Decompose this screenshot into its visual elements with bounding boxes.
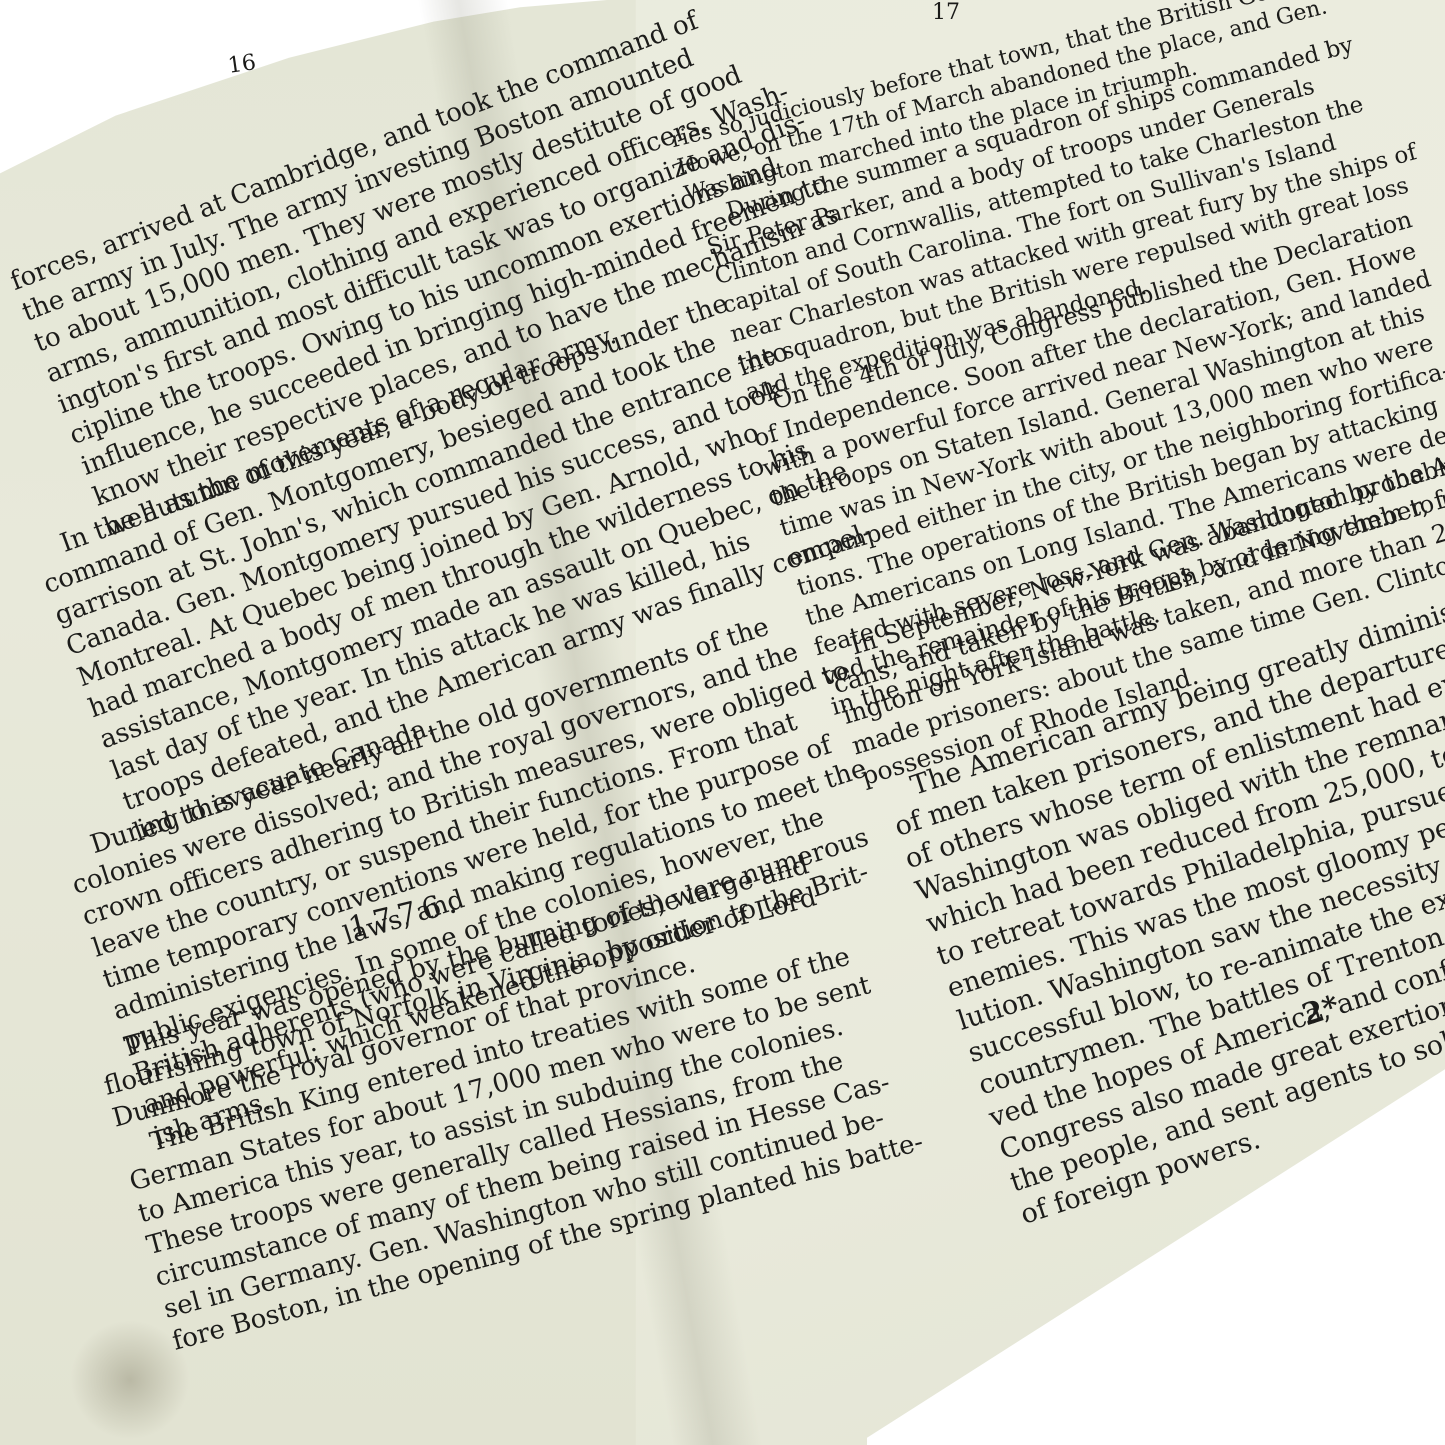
left-page-number: 16 — [226, 50, 257, 79]
open-book: 16 forces, arrived at Cambridge, and too… — [0, 0, 1445, 1445]
right-page-number: 17 — [932, 0, 960, 25]
